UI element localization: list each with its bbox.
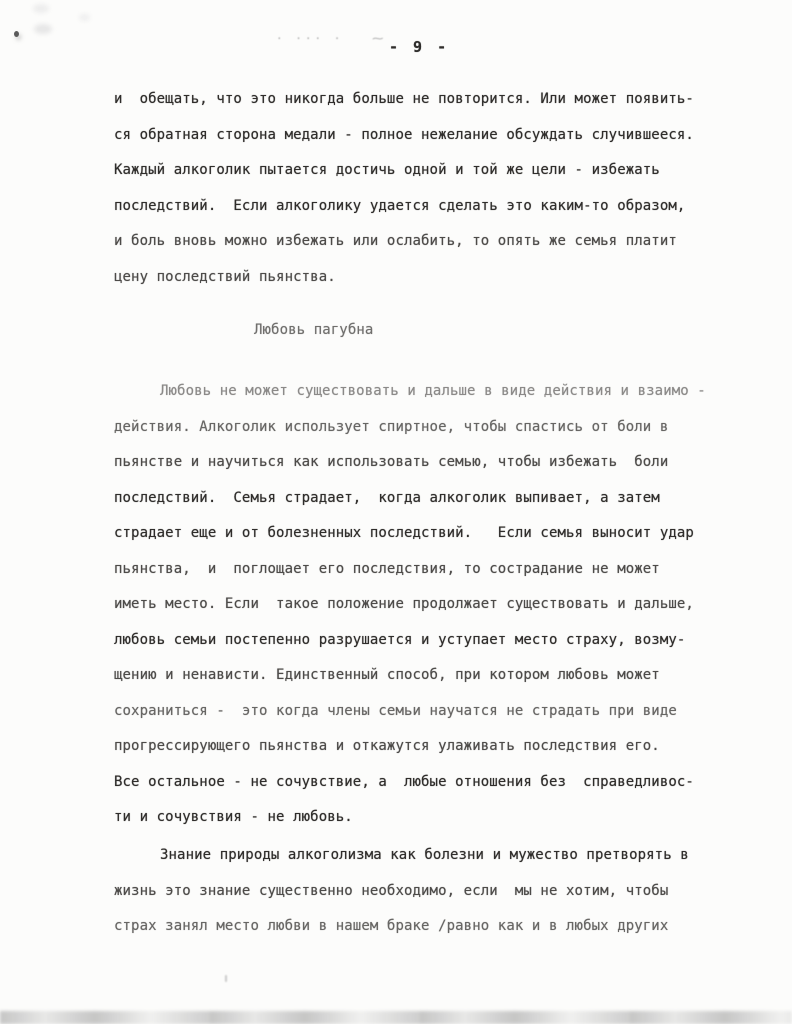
text-line: любовь семьи постепенно разрушается и ус…: [114, 623, 714, 659]
section-heading: Любовь пагубна: [254, 313, 373, 349]
scanned-document-page: · ··· · ⁓ - 9 - и обещать, что это никог…: [0, 0, 792, 1024]
text-line: Все остальное - не сочувствие, а любые о…: [114, 765, 714, 801]
text-line: ся обратная сторона медали - полное неже…: [114, 118, 714, 154]
text-line: Любовь не может существовать и дальше в …: [114, 374, 714, 410]
text-line: Знание природы алкоголизма как болезни и…: [114, 838, 714, 874]
text-line: и боль вновь можно избежать или ослабить…: [114, 224, 714, 260]
text-line: щению и ненависти. Единственный способ, …: [114, 658, 714, 694]
paragraph-3: Знание природы алкоголизма как болезни и…: [114, 838, 714, 945]
text-line: ти и сочувствия - не любовь.: [114, 800, 714, 836]
text-line: действия. Алкоголик использует спиртное,…: [114, 410, 714, 446]
text-line: жизнь это знание существенно необходимо,…: [114, 874, 714, 910]
scan-smudge: [14, 31, 19, 37]
paragraph-2: Любовь не может существовать и дальше в …: [114, 374, 714, 836]
text-line: пьянстве и научиться как использовать се…: [114, 445, 714, 481]
text-line: иметь место. Если такое положение продол…: [114, 587, 714, 623]
text-line: прогрессирующего пьянства и откажутся ул…: [114, 729, 714, 765]
text-line: и обещать, что это никогда больше не пов…: [114, 82, 714, 118]
text-line: последствий. Если алкоголику удается сде…: [114, 189, 714, 225]
faint-type-marks: · ··· · ⁓: [276, 32, 386, 45]
text-line: страх занял место любви в нашем браке /р…: [114, 909, 714, 945]
text-line: цену последствий пьянства.: [114, 260, 714, 296]
text-line: последствий. Семья страдает, когда алког…: [114, 481, 714, 517]
scan-edge-artifact: [0, 1011, 792, 1024]
scan-speck: [225, 975, 227, 982]
text-line: страдает еще и от болезненных последстви…: [114, 516, 714, 552]
scan-smudge: [34, 24, 52, 34]
text-line: пьянства, и поглощает его последствия, т…: [114, 552, 714, 588]
scan-smudge: [79, 14, 90, 21]
text-line: сохраниться - это когда члены семьи науч…: [114, 694, 714, 730]
paragraph-1: и обещать, что это никогда больше не пов…: [114, 82, 714, 295]
page-number: - 9 -: [389, 38, 449, 56]
scan-smudge: [33, 4, 49, 13]
text-line: Каждый алкоголик пытается достичь одной …: [114, 153, 714, 189]
